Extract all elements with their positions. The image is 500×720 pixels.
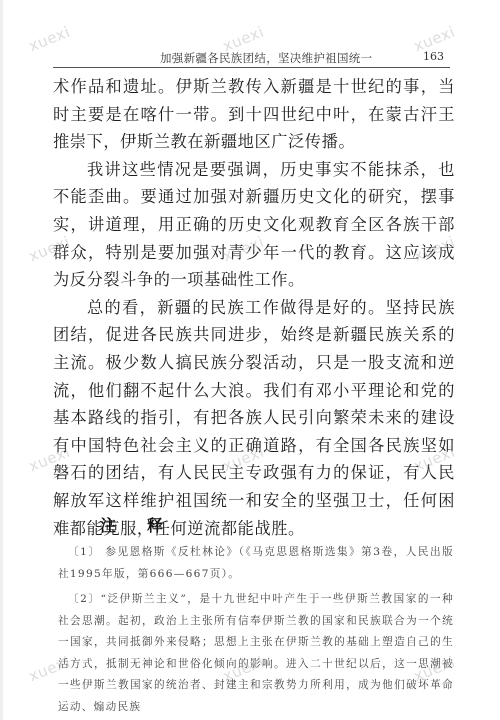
body-paragraph: 术作品和遗址。伊斯兰教传入新疆是十世纪的事，当时主要是在喀什一带。到十四世纪中叶… (53, 73, 455, 156)
page-edge (0, 0, 3, 720)
body-text: 术作品和遗址。伊斯兰教传入新疆是十世纪的事，当时主要是在喀什一带。到十四世纪中叶… (53, 73, 455, 542)
notes-heading: 注释 (100, 513, 164, 536)
notes-heading-right: 释 (147, 516, 164, 535)
notes-list: 〔1〕 参见恩格斯《反杜林论》（《马克思恩格斯选集》第3卷，人民出版社1995年… (58, 542, 454, 720)
running-title: 加强新疆各民族团结，坚决维护祖国统一 (160, 50, 372, 66)
body-paragraph: 我讲这些情况是要强调，历史事实不能抹杀，也不能歪曲。要通过加强对新疆历史文化的研… (53, 156, 455, 294)
note-item: 〔1〕 参见恩格斯《反杜林论》（《马克思恩格斯选集》第3卷，人民出版社1995年… (58, 542, 454, 585)
page-number: 163 (423, 50, 444, 63)
note-item: 〔2〕“泛伊斯兰主义”，是十九世纪中叶产生于一些伊斯兰教国家的一种社会思潮。起初… (58, 589, 454, 718)
body-paragraph: 总的看，新疆的民族工作做得是好的。坚持民族团结，促进各民族共同进步，始终是新疆民… (53, 294, 455, 542)
running-header: 加强新疆各民族团结，坚决维护祖国统一 163 (53, 47, 450, 68)
notes-heading-left: 注 (100, 516, 117, 535)
